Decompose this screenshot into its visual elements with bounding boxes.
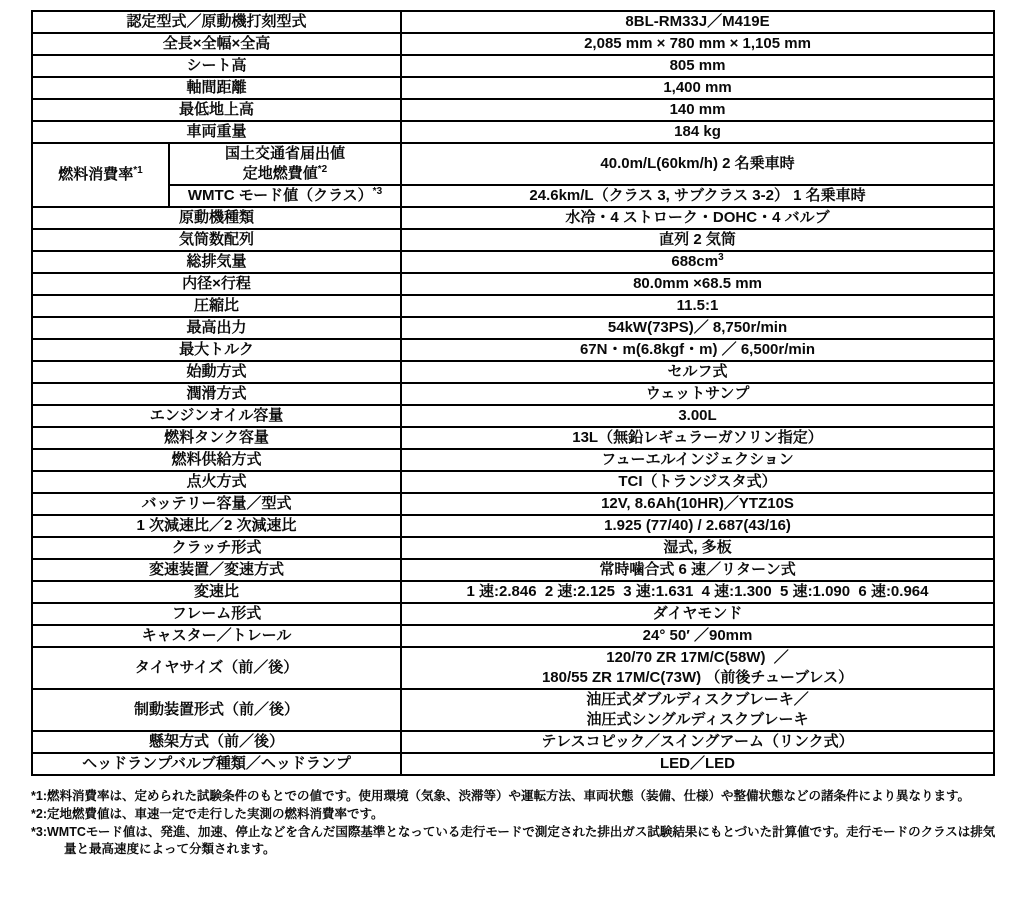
spec-value: 常時噛合式 6 速／リターン式 bbox=[401, 559, 994, 581]
footnote-marker-sup: *1 bbox=[133, 165, 142, 176]
cell-text: 184 kg bbox=[674, 123, 721, 140]
spec-value: ダイヤモンド bbox=[401, 603, 994, 625]
spec-label: フレーム形式 bbox=[32, 603, 401, 625]
spec-value: 54kW(73PS)／ 8,750r/min bbox=[401, 317, 994, 339]
cell-text: 140 mm bbox=[670, 101, 726, 118]
spec-row: 燃料供給方式フューエルインジェクション bbox=[32, 449, 994, 471]
spec-row: 軸間距離1,400 mm bbox=[32, 77, 994, 99]
spec-label: エンジンオイル容量 bbox=[32, 405, 401, 427]
spec-value: 13L（無鉛レギュラーガソリン指定） bbox=[401, 427, 994, 449]
spec-row: タイヤサイズ（前／後）120/70 ZR 17M/C(58W) ／180/55 … bbox=[32, 647, 994, 689]
spec-row: 潤滑方式ウェットサンプ bbox=[32, 383, 994, 405]
spec-label: 最大トルク bbox=[32, 339, 401, 361]
cell-text: テレスコピック／スイングアーム（リンク式） bbox=[541, 733, 853, 750]
footnote-marker-sup: *3 bbox=[373, 186, 382, 197]
spec-value: テレスコピック／スイングアーム（リンク式） bbox=[401, 731, 994, 753]
cell-text: 11.5:1 bbox=[677, 297, 719, 314]
spec-value: LED／LED bbox=[401, 753, 994, 775]
cell-text: TCI（トランジスタ式） bbox=[618, 473, 776, 490]
spec-value: 1.925 (77/40) / 2.687(43/16) bbox=[401, 515, 994, 537]
footnote: *2:定地燃費値は、車速一定で走行した実測の燃料消費率です。 bbox=[31, 806, 1006, 823]
spec-value: 120/70 ZR 17M/C(58W) ／180/55 ZR 17M/C(73… bbox=[401, 647, 994, 689]
spec-row: キャスター／トレール24° 50′ ／90mm bbox=[32, 625, 994, 647]
spec-row: 始動方式セルフ式 bbox=[32, 361, 994, 383]
spec-row: 制動装置形式（前／後）油圧式ダブルディスクブレーキ／油圧式シングルディスクブレー… bbox=[32, 689, 994, 731]
spec-value: 67N・m(6.8kgf・m) ／ 6,500r/min bbox=[401, 339, 994, 361]
spec-row: 総排気量688cm3 bbox=[32, 251, 994, 273]
spec-row: クラッチ形式湿式, 多板 bbox=[32, 537, 994, 559]
spec-row: 内径×行程80.0mm ×68.5 mm bbox=[32, 273, 994, 295]
spec-value: 805 mm bbox=[401, 55, 994, 77]
label-line: 定地燃費値*2 bbox=[172, 164, 398, 184]
value-line: 油圧式ダブルディスクブレーキ／ bbox=[404, 690, 991, 710]
spec-value: 2,085 mm × 780 mm × 1,105 mm bbox=[401, 33, 994, 55]
cell-text: 40.0m/L(60km/h) 2 名乗車時 bbox=[600, 155, 794, 172]
spec-row: 全長×全幅×全高2,085 mm × 780 mm × 1,105 mm bbox=[32, 33, 994, 55]
cell-text: WMTC モード値（クラス） bbox=[188, 187, 373, 204]
spec-value: 湿式, 多板 bbox=[401, 537, 994, 559]
spec-label: 気筒数配列 bbox=[32, 229, 401, 251]
spec-label: 内径×行程 bbox=[32, 273, 401, 295]
spec-label: 車両重量 bbox=[32, 121, 401, 143]
cell-text: フューエルインジェクション bbox=[601, 451, 794, 468]
spec-sheet-page: 認定型式／原動機打刻型式8BL-RM33J／M419E全長×全幅×全高2,085… bbox=[0, 0, 1024, 900]
spec-row: WMTC モード値（クラス）*324.6km/L（クラス 3, サブクラス 3-… bbox=[32, 185, 994, 207]
cell-text: 1 速:2.846 2 速:2.125 3 速:1.631 4 速:1.300 … bbox=[467, 583, 929, 600]
spec-label: 始動方式 bbox=[32, 361, 401, 383]
spec-label: 変速装置／変速方式 bbox=[32, 559, 401, 581]
spec-value: セルフ式 bbox=[401, 361, 994, 383]
spec-label: 全長×全幅×全高 bbox=[32, 33, 401, 55]
spec-label: 点火方式 bbox=[32, 471, 401, 493]
cell-text: LED／LED bbox=[660, 755, 735, 772]
cell-text: 688cm bbox=[671, 253, 718, 270]
cell-text: 1,400 mm bbox=[663, 79, 731, 96]
spec-row: 最低地上高140 mm bbox=[32, 99, 994, 121]
value-line: 油圧式シングルディスクブレーキ bbox=[404, 710, 991, 730]
cell-text: 燃料消費率 bbox=[58, 166, 133, 183]
spec-value: ウェットサンプ bbox=[401, 383, 994, 405]
footnote: *1:燃料消費率は、定められた試験条件のもとでの値です。使用環境（気象、渋滞等）… bbox=[31, 788, 1006, 805]
spec-value: 184 kg bbox=[401, 121, 994, 143]
spec-label: 最低地上高 bbox=[32, 99, 401, 121]
cell-text: 24° 50′ ／90mm bbox=[643, 627, 753, 644]
footnotes-section: *1:燃料消費率は、定められた試験条件のもとでの値です。使用環境（気象、渋滞等）… bbox=[31, 788, 1006, 858]
cell-text: 3.00L bbox=[678, 407, 716, 424]
cell-text: セルフ式 bbox=[668, 363, 728, 380]
spec-label: 潤滑方式 bbox=[32, 383, 401, 405]
cell-text: 80.0mm ×68.5 mm bbox=[633, 275, 762, 292]
spec-value: 1 速:2.846 2 速:2.125 3 速:1.631 4 速:1.300 … bbox=[401, 581, 994, 603]
spec-row: 認定型式／原動機打刻型式8BL-RM33J／M419E bbox=[32, 11, 994, 33]
spec-row: バッテリー容量／型式12V, 8.6Ah(10HR)／YTZ10S bbox=[32, 493, 994, 515]
cell-text: 24.6km/L（クラス 3, サブクラス 3-2） 1 名乗車時 bbox=[529, 187, 865, 204]
cell-text: 常時噛合式 6 速／リターン式 bbox=[599, 561, 795, 578]
cell-text: ダイヤモンド bbox=[653, 605, 743, 622]
spec-label: クラッチ形式 bbox=[32, 537, 401, 559]
spec-label: バッテリー容量／型式 bbox=[32, 493, 401, 515]
spec-label: タイヤサイズ（前／後） bbox=[32, 647, 401, 689]
cell-text: 12V, 8.6Ah(10HR)／YTZ10S bbox=[601, 495, 794, 512]
spec-sublabel: WMTC モード値（クラス）*3 bbox=[169, 185, 401, 207]
spec-label: 認定型式／原動機打刻型式 bbox=[32, 11, 401, 33]
spec-value: 3.00L bbox=[401, 405, 994, 427]
spec-row: 燃料タンク容量13L（無鉛レギュラーガソリン指定） bbox=[32, 427, 994, 449]
value-line: 180/55 ZR 17M/C(73W) （前後チューブレス） bbox=[404, 668, 991, 688]
spec-value: 11.5:1 bbox=[401, 295, 994, 317]
spec-row: 点火方式TCI（トランジスタ式） bbox=[32, 471, 994, 493]
value-line: 120/70 ZR 17M/C(58W) ／ bbox=[404, 648, 991, 668]
cell-text: 定地燃費値 bbox=[243, 165, 318, 182]
cell-text: 2,085 mm × 780 mm × 1,105 mm bbox=[584, 35, 811, 52]
spec-label: 軸間距離 bbox=[32, 77, 401, 99]
cell-text: 67N・m(6.8kgf・m) ／ 6,500r/min bbox=[580, 341, 815, 358]
spec-value: 40.0m/L(60km/h) 2 名乗車時 bbox=[401, 143, 994, 185]
spec-row: エンジンオイル容量3.00L bbox=[32, 405, 994, 427]
cell-text: 13L（無鉛レギュラーガソリン指定） bbox=[572, 429, 823, 446]
spec-row: 変速比1 速:2.846 2 速:2.125 3 速:1.631 4 速:1.3… bbox=[32, 581, 994, 603]
spec-row: 圧縮比11.5:1 bbox=[32, 295, 994, 317]
spec-label: 最高出力 bbox=[32, 317, 401, 339]
cell-text: 水冷・4 ストローク・DOHC・4 バルブ bbox=[565, 209, 829, 226]
cell-text: 54kW(73PS)／ 8,750r/min bbox=[608, 319, 787, 336]
spec-group-label: 燃料消費率*1 bbox=[32, 143, 169, 207]
cell-text: ウェットサンプ bbox=[646, 385, 750, 402]
spec-label: シート高 bbox=[32, 55, 401, 77]
spec-row: 懸架方式（前／後）テレスコピック／スイングアーム（リンク式） bbox=[32, 731, 994, 753]
spec-label: 変速比 bbox=[32, 581, 401, 603]
spec-label: 燃料タンク容量 bbox=[32, 427, 401, 449]
spec-row: 変速装置／変速方式常時噛合式 6 速／リターン式 bbox=[32, 559, 994, 581]
spec-row: フレーム形式ダイヤモンド bbox=[32, 603, 994, 625]
spec-value: 24.6km/L（クラス 3, サブクラス 3-2） 1 名乗車時 bbox=[401, 185, 994, 207]
spec-label: 1 次減速比／2 次減速比 bbox=[32, 515, 401, 537]
spec-row: 1 次減速比／2 次減速比1.925 (77/40) / 2.687(43/16… bbox=[32, 515, 994, 537]
spec-value: 12V, 8.6Ah(10HR)／YTZ10S bbox=[401, 493, 994, 515]
spec-label: 圧縮比 bbox=[32, 295, 401, 317]
spec-label: 懸架方式（前／後） bbox=[32, 731, 401, 753]
spec-table: 認定型式／原動機打刻型式8BL-RM33J／M419E全長×全幅×全高2,085… bbox=[31, 10, 995, 776]
spec-label: ヘッドランプバルブ種類／ヘッドランプ bbox=[32, 753, 401, 775]
cell-text: 湿式, 多板 bbox=[663, 539, 731, 556]
spec-sublabel: 国土交通省届出値定地燃費値*2 bbox=[169, 143, 401, 185]
spec-label: 原動機種類 bbox=[32, 207, 401, 229]
cell-text: 1.925 (77/40) / 2.687(43/16) bbox=[604, 517, 791, 534]
spec-value: 24° 50′ ／90mm bbox=[401, 625, 994, 647]
spec-value: 直列 2 気筒 bbox=[401, 229, 994, 251]
spec-row: シート高805 mm bbox=[32, 55, 994, 77]
cell-text: 805 mm bbox=[670, 57, 726, 74]
spec-row: 最大トルク67N・m(6.8kgf・m) ／ 6,500r/min bbox=[32, 339, 994, 361]
spec-value: 1,400 mm bbox=[401, 77, 994, 99]
footnote-marker-sup: *2 bbox=[318, 164, 327, 175]
spec-value: 80.0mm ×68.5 mm bbox=[401, 273, 994, 295]
spec-value: 8BL-RM33J／M419E bbox=[401, 11, 994, 33]
cell-text: 直列 2 気筒 bbox=[659, 231, 736, 248]
spec-value: 140 mm bbox=[401, 99, 994, 121]
spec-label: キャスター／トレール bbox=[32, 625, 401, 647]
spec-value: 油圧式ダブルディスクブレーキ／油圧式シングルディスクブレーキ bbox=[401, 689, 994, 731]
spec-label: 総排気量 bbox=[32, 251, 401, 273]
cell-text: 8BL-RM33J／M419E bbox=[625, 13, 769, 30]
spec-row: 車両重量184 kg bbox=[32, 121, 994, 143]
spec-row: 最高出力54kW(73PS)／ 8,750r/min bbox=[32, 317, 994, 339]
spec-value: 水冷・4 ストローク・DOHC・4 バルブ bbox=[401, 207, 994, 229]
spec-row: 気筒数配列直列 2 気筒 bbox=[32, 229, 994, 251]
spec-label: 燃料供給方式 bbox=[32, 449, 401, 471]
footnote: *3:WMTCモード値は、発進、加速、停止などを含んだ国際基準となっている走行モ… bbox=[31, 824, 1006, 858]
label-line: 国土交通省届出値 bbox=[172, 144, 398, 164]
spec-row: 燃料消費率*1国土交通省届出値定地燃費値*240.0m/L(60km/h) 2 … bbox=[32, 143, 994, 185]
spec-row: ヘッドランプバルブ種類／ヘッドランプLED／LED bbox=[32, 753, 994, 775]
spec-table-body: 認定型式／原動機打刻型式8BL-RM33J／M419E全長×全幅×全高2,085… bbox=[32, 11, 994, 775]
footnote-marker-sup: 3 bbox=[718, 252, 724, 263]
spec-label: 制動装置形式（前／後） bbox=[32, 689, 401, 731]
spec-value: 688cm3 bbox=[401, 251, 994, 273]
spec-row: 原動機種類水冷・4 ストローク・DOHC・4 バルブ bbox=[32, 207, 994, 229]
spec-value: TCI（トランジスタ式） bbox=[401, 471, 994, 493]
spec-value: フューエルインジェクション bbox=[401, 449, 994, 471]
